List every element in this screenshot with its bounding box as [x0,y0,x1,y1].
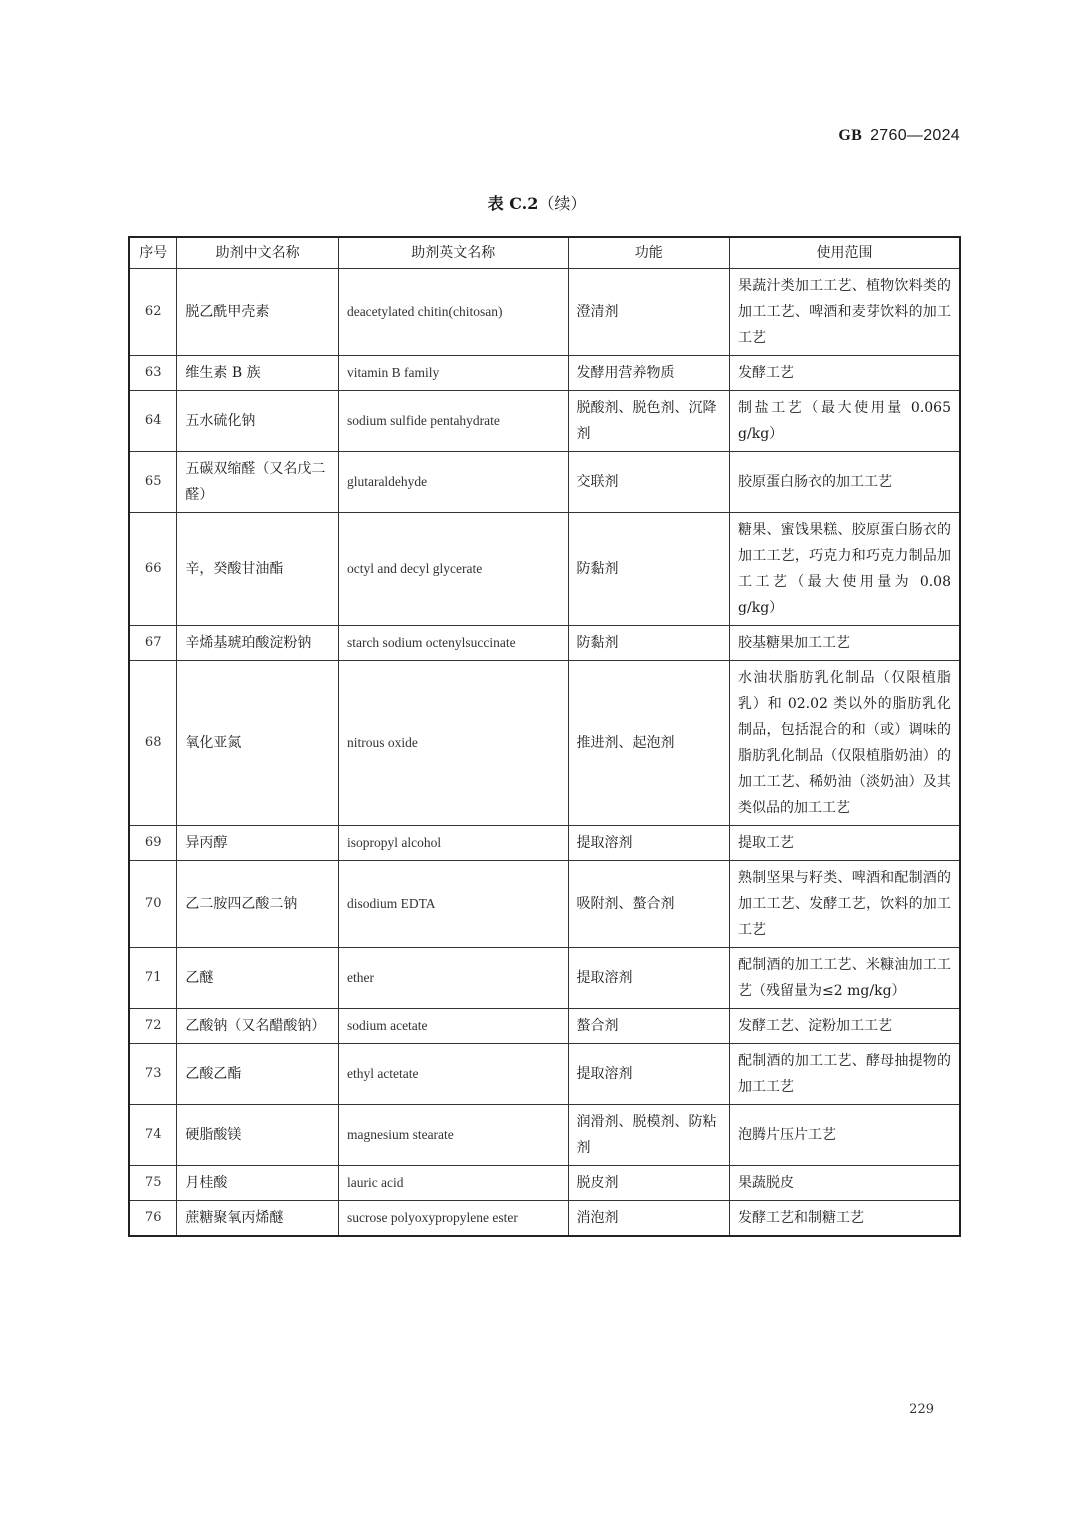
cell-function: 推进剂、起泡剂 [568,661,730,826]
cell-function: 防黏剂 [568,513,730,626]
cell-chinese-name: 乙酸钠（又名醋酸钠） [177,1009,339,1044]
cell-english-name: sodium sulfide pentahydrate [338,391,568,452]
cell-row-number: 74 [129,1105,177,1166]
cell-usage-scope: 果蔬汁类加工工艺、植物饮料类的加工工艺、啤酒和麦芽饮料的加工工艺 [730,269,960,356]
cell-row-number: 66 [129,513,177,626]
cell-function: 防黏剂 [568,626,730,661]
table-row: 73乙酸乙酯ethyl actetate提取溶剂配制酒的加工工艺、酵母抽提物的加… [129,1044,960,1105]
column-header-chinese-name: 助剂中文名称 [177,237,339,269]
table-title: 表 C.2（续） [0,191,1074,214]
cell-english-name: lauric acid [338,1166,568,1201]
cell-english-name: sucrose polyoxypropylene ester [338,1201,568,1237]
table-row: 67辛烯基琥珀酸淀粉钠starch sodium octenylsuccinat… [129,626,960,661]
standard-code: 2760—2024 [870,127,960,144]
table-title-continued: （续） [538,194,586,213]
cell-usage-scope: 制盐工艺（最大使用量 0.065 g/kg） [730,391,960,452]
column-header-function: 功能 [568,237,730,269]
cell-chinese-name: 乙酸乙酯 [177,1044,339,1105]
cell-english-name: ethyl actetate [338,1044,568,1105]
cell-usage-scope: 配制酒的加工工艺、酵母抽提物的加工工艺 [730,1044,960,1105]
standard-prefix: GB [838,127,862,144]
table-row: 69异丙醇isopropyl alcohol提取溶剂提取工艺 [129,826,960,861]
table-row: 64五水硫化钠sodium sulfide pentahydrate脱酸剂、脱色… [129,391,960,452]
cell-english-name: isopropyl alcohol [338,826,568,861]
cell-function: 提取溶剂 [568,948,730,1009]
cell-chinese-name: 月桂酸 [177,1166,339,1201]
table-row: 74硬脂酸镁magnesium stearate润滑剂、脱模剂、防粘剂泡腾片压片… [129,1105,960,1166]
cell-chinese-name: 氧化亚氮 [177,661,339,826]
table-row: 63维生素 B 族vitamin B family发酵用营养物质发酵工艺 [129,356,960,391]
cell-function: 提取溶剂 [568,826,730,861]
table-row: 68氧化亚氮nitrous oxide推进剂、起泡剂水油状脂肪乳化制品（仅限植脂… [129,661,960,826]
additives-table: 序号 助剂中文名称 助剂英文名称 功能 使用范围 62脱乙酰甲壳素deacety… [128,236,961,1237]
cell-function: 润滑剂、脱模剂、防粘剂 [568,1105,730,1166]
cell-english-name: magnesium stearate [338,1105,568,1166]
cell-usage-scope: 提取工艺 [730,826,960,861]
cell-usage-scope: 糖果、蜜饯果糕、胶原蛋白肠衣的加工工艺，巧克力和巧克力制品加工工艺（最大使用量为… [730,513,960,626]
cell-english-name: deacetylated chitin(chitosan) [338,269,568,356]
table-row: 62脱乙酰甲壳素deacetylated chitin(chitosan)澄清剂… [129,269,960,356]
cell-row-number: 65 [129,452,177,513]
cell-usage-scope: 熟制坚果与籽类、啤酒和配制酒的加工工艺、发酵工艺，饮料的加工工艺 [730,861,960,948]
cell-chinese-name: 硬脂酸镁 [177,1105,339,1166]
table-row: 66辛，癸酸甘油酯octyl and decyl glycerate防黏剂糖果、… [129,513,960,626]
cell-row-number: 76 [129,1201,177,1237]
cell-function: 脱酸剂、脱色剂、沉降剂 [568,391,730,452]
cell-english-name: ether [338,948,568,1009]
column-header-number: 序号 [129,237,177,269]
cell-usage-scope: 胶基糖果加工工艺 [730,626,960,661]
cell-english-name: sodium acetate [338,1009,568,1044]
cell-chinese-name: 辛烯基琥珀酸淀粉钠 [177,626,339,661]
cell-function: 吸附剂、螯合剂 [568,861,730,948]
table-row: 71乙醚ether提取溶剂配制酒的加工工艺、米糠油加工工艺（残留量为≤2 mg/… [129,948,960,1009]
column-header-scope: 使用范围 [730,237,960,269]
table-title-label: 表 C.2 [488,194,539,213]
cell-function: 交联剂 [568,452,730,513]
cell-usage-scope: 水油状脂肪乳化制品（仅限植脂乳）和 02.02 类以外的脂肪乳化制品，包括混合的… [730,661,960,826]
table-row: 72乙酸钠（又名醋酸钠）sodium acetate螯合剂发酵工艺、淀粉加工工艺 [129,1009,960,1044]
standard-number: GB2760—2024 [838,127,960,145]
cell-usage-scope: 发酵工艺 [730,356,960,391]
cell-function: 发酵用营养物质 [568,356,730,391]
cell-row-number: 71 [129,948,177,1009]
cell-usage-scope: 发酵工艺和制糖工艺 [730,1201,960,1237]
cell-usage-scope: 发酵工艺、淀粉加工工艺 [730,1009,960,1044]
cell-chinese-name: 蔗糖聚氧丙烯醚 [177,1201,339,1237]
cell-row-number: 75 [129,1166,177,1201]
cell-row-number: 73 [129,1044,177,1105]
cell-chinese-name: 辛，癸酸甘油酯 [177,513,339,626]
cell-english-name: vitamin B family [338,356,568,391]
cell-chinese-name: 维生素 B 族 [177,356,339,391]
cell-row-number: 72 [129,1009,177,1044]
cell-row-number: 70 [129,861,177,948]
cell-row-number: 62 [129,269,177,356]
cell-chinese-name: 乙醚 [177,948,339,1009]
table-row: 75月桂酸lauric acid脱皮剂果蔬脱皮 [129,1166,960,1201]
cell-row-number: 63 [129,356,177,391]
cell-row-number: 69 [129,826,177,861]
cell-row-number: 68 [129,661,177,826]
cell-usage-scope: 泡腾片压片工艺 [730,1105,960,1166]
cell-chinese-name: 五水硫化钠 [177,391,339,452]
cell-function: 螯合剂 [568,1009,730,1044]
column-header-english-name: 助剂英文名称 [338,237,568,269]
cell-english-name: starch sodium octenylsuccinate [338,626,568,661]
cell-english-name: octyl and decyl glycerate [338,513,568,626]
table-header-row: 序号 助剂中文名称 助剂英文名称 功能 使用范围 [129,237,960,269]
cell-usage-scope: 胶原蛋白肠衣的加工工艺 [730,452,960,513]
cell-chinese-name: 异丙醇 [177,826,339,861]
cell-usage-scope: 果蔬脱皮 [730,1166,960,1201]
cell-usage-scope: 配制酒的加工工艺、米糠油加工工艺（残留量为≤2 mg/kg） [730,948,960,1009]
page-number: 229 [909,1402,934,1417]
cell-function: 提取溶剂 [568,1044,730,1105]
cell-function: 消泡剂 [568,1201,730,1237]
cell-row-number: 67 [129,626,177,661]
table-row: 65五碳双缩醛（又名戊二醛）glutaraldehyde交联剂胶原蛋白肠衣的加工… [129,452,960,513]
cell-chinese-name: 乙二胺四乙酸二钠 [177,861,339,948]
cell-chinese-name: 五碳双缩醛（又名戊二醛） [177,452,339,513]
cell-function: 澄清剂 [568,269,730,356]
cell-english-name: nitrous oxide [338,661,568,826]
cell-chinese-name: 脱乙酰甲壳素 [177,269,339,356]
cell-english-name: disodium EDTA [338,861,568,948]
cell-function: 脱皮剂 [568,1166,730,1201]
cell-row-number: 64 [129,391,177,452]
table-row: 76蔗糖聚氧丙烯醚sucrose polyoxypropylene ester消… [129,1201,960,1237]
cell-english-name: glutaraldehyde [338,452,568,513]
table-row: 70乙二胺四乙酸二钠disodium EDTA吸附剂、螯合剂熟制坚果与籽类、啤酒… [129,861,960,948]
